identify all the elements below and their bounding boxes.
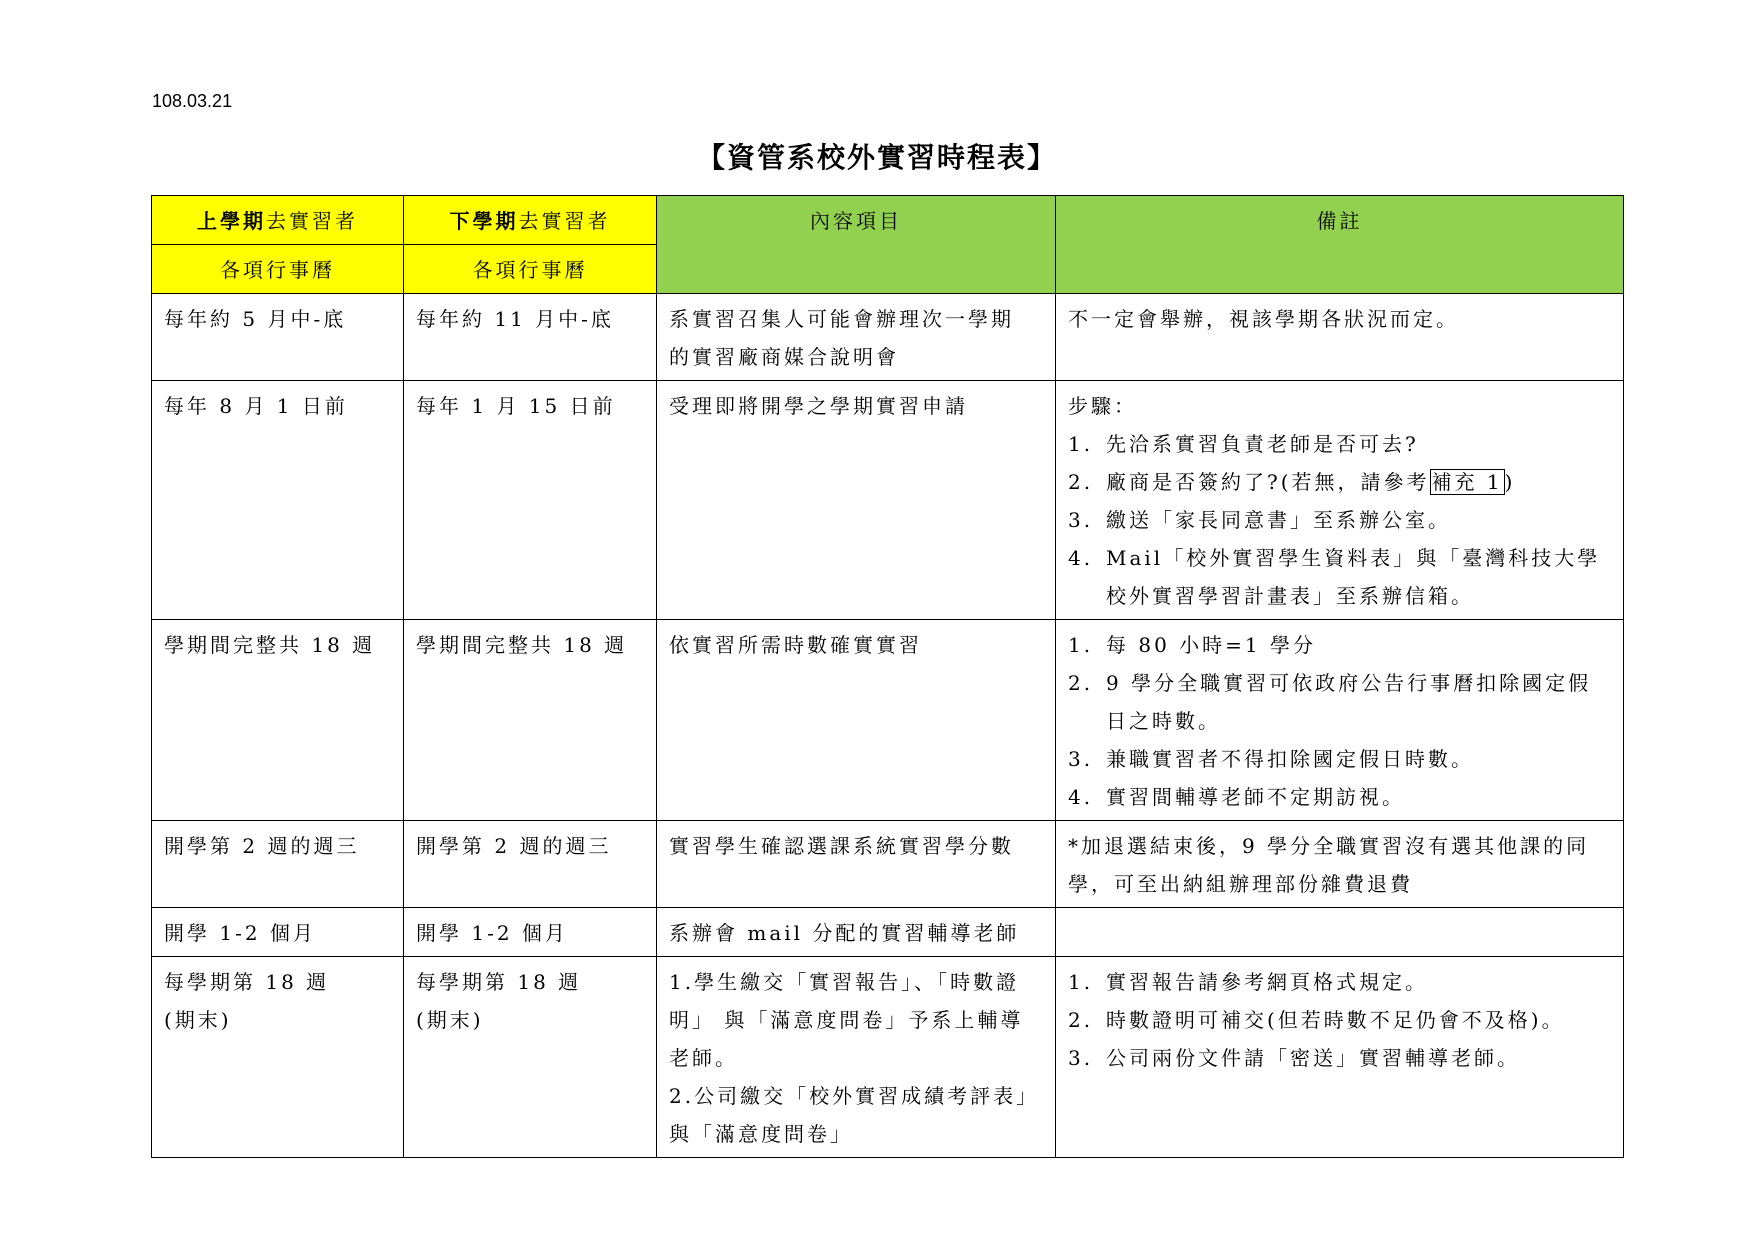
notes-item: 3.公司兩份文件請「密送」實習輔導老師。 xyxy=(1068,1039,1611,1077)
header-second-semester-sub: 各項行事曆 xyxy=(404,245,657,294)
item-text: Mail「校外實習學生資料表」與「臺灣科技大學校外實習學習計畫表」至系辦信箱。 xyxy=(1106,546,1600,608)
header-content-item: 內容項目 xyxy=(657,196,1056,294)
content-line: 的實習廠商媒合說明會 xyxy=(669,338,1043,376)
second-semester-subtext: (期末) xyxy=(416,1001,644,1039)
document-date: 108.03.21 xyxy=(152,91,232,112)
content-line: 2.公司繳交「校外實習成績考評表」與「滿意度問卷」 xyxy=(669,1077,1043,1153)
second-semester-cell: 學期間完整共 18 週 xyxy=(404,620,657,821)
notes-item: 1.先洽系實習負責老師是否可去? xyxy=(1068,425,1611,463)
item-text: 每 80 小時=1 學分 xyxy=(1106,633,1316,657)
item-number: 3. xyxy=(1068,740,1093,778)
item-text: 時數證明可補交(但若時數不足仍會不及格)。 xyxy=(1106,1008,1565,1032)
table-row: 學期間完整共 18 週 學期間完整共 18 週 依實習所需時數確實實習 1.每 … xyxy=(152,620,1624,821)
notes-item: 2.時數證明可補交(但若時數不足仍會不及格)。 xyxy=(1068,1001,1611,1039)
notes-item: 4.Mail「校外實習學生資料表」與「臺灣科技大學校外實習學習計畫表」至系辦信箱… xyxy=(1068,539,1611,615)
content-cell: 受理即將開學之學期實習申請 xyxy=(657,381,1056,620)
item-text: 實習間輔導老師不定期訪視。 xyxy=(1106,785,1405,809)
first-semester-cell: 學期間完整共 18 週 xyxy=(152,620,404,821)
notes-item: 2.廠商是否簽約了?(若無，請參考補充 1) xyxy=(1068,463,1611,501)
item-number: 1. xyxy=(1068,626,1093,664)
header-notes: 備註 xyxy=(1056,196,1624,294)
first-semester-cell: 開學 1-2 個月 xyxy=(152,908,404,957)
document-title: 【資管系校外實習時程表】 xyxy=(0,136,1754,176)
second-semester-cell: 每年約 11 月中-底 xyxy=(404,294,657,381)
content-line: 1.學生繳交「實習報告」、「時數證明」 與「滿意度問卷」予系上輔導老師。 xyxy=(669,963,1043,1077)
item-number: 2. xyxy=(1068,463,1093,501)
header-first-semester: 上學期去實習者 xyxy=(152,196,404,245)
second-semester-cell: 每年 1 月 15 日前 xyxy=(404,381,657,620)
notes-item: 3.兼職實習者不得扣除國定假日時數。 xyxy=(1068,740,1611,778)
item-text: 實習報告請參考網頁格式規定。 xyxy=(1106,970,1428,994)
second-semester-cell: 開學 1-2 個月 xyxy=(404,908,657,957)
second-semester-cell: 開學第 2 週的週三 xyxy=(404,821,657,908)
notes-item: 2.9 學分全職實習可依政府公告行事曆扣除國定假日之時數。 xyxy=(1068,664,1611,740)
header-first-semester-rest: 去實習者 xyxy=(266,209,358,233)
content-cell: 系實習召集人可能會辦理次一學期 的實習廠商媒合說明會 xyxy=(657,294,1056,381)
notes-cell xyxy=(1056,908,1624,957)
item-number: 3. xyxy=(1068,501,1093,539)
content-cell: 1.學生繳交「實習報告」、「時數證明」 與「滿意度問卷」予系上輔導老師。 2.公… xyxy=(657,957,1056,1158)
notes-item: 1.每 80 小時=1 學分 xyxy=(1068,626,1611,664)
notes-item: 1.實習報告請參考網頁格式規定。 xyxy=(1068,963,1611,1001)
header-second-semester-bold: 下學期 xyxy=(450,209,519,233)
second-semester-text: 每學期第 18 週 xyxy=(416,963,644,1001)
item-number: 2. xyxy=(1068,1001,1093,1039)
notes-cell: 步驟： 1.先洽系實習負責老師是否可去? 2.廠商是否簽約了?(若無，請參考補充… xyxy=(1056,381,1624,620)
internship-schedule-table: 上學期去實習者 下學期去實習者 內容項目 備註 各項行事曆 各項行事曆 每年約 … xyxy=(151,195,1624,1158)
item-number: 3. xyxy=(1068,1039,1093,1077)
first-semester-subtext: (期末) xyxy=(164,1001,391,1039)
item-text-close: ) xyxy=(1505,470,1516,494)
notes-list: 1.實習報告請參考網頁格式規定。 2.時數證明可補交(但若時數不足仍會不及格)。… xyxy=(1068,963,1611,1077)
header-first-semester-sub: 各項行事曆 xyxy=(152,245,404,294)
item-text: 先洽系實習負責老師是否可去? xyxy=(1106,432,1419,456)
item-number: 4. xyxy=(1068,778,1093,816)
notes-cell: *加退選結束後，9 學分全職實習沒有選其他課的同學，可至出納組辦理部份雜費退費 xyxy=(1056,821,1624,908)
item-number: 4. xyxy=(1068,539,1093,577)
item-number: 1. xyxy=(1068,425,1093,463)
notes-list: 1.每 80 小時=1 學分 2.9 學分全職實習可依政府公告行事曆扣除國定假日… xyxy=(1068,626,1611,816)
first-semester-cell: 開學第 2 週的週三 xyxy=(152,821,404,908)
item-text: 9 學分全職實習可依政府公告行事曆扣除國定假日之時數。 xyxy=(1106,671,1591,733)
header-row: 上學期去實習者 下學期去實習者 內容項目 備註 xyxy=(152,196,1624,245)
item-number: 1. xyxy=(1068,963,1093,1001)
first-semester-cell: 每年 8 月 1 日前 xyxy=(152,381,404,620)
notes-cell: 1.每 80 小時=1 學分 2.9 學分全職實習可依政府公告行事曆扣除國定假日… xyxy=(1056,620,1624,821)
header-second-semester-rest: 去實習者 xyxy=(519,209,611,233)
table-row: 每年約 5 月中-底 每年約 11 月中-底 系實習召集人可能會辦理次一學期 的… xyxy=(152,294,1624,381)
content-line: 系實習召集人可能會辦理次一學期 xyxy=(669,300,1043,338)
table-row: 每年 8 月 1 日前 每年 1 月 15 日前 受理即將開學之學期實習申請 步… xyxy=(152,381,1624,620)
item-text: 廠商是否簽約了?(若無，請參考 xyxy=(1106,470,1430,494)
notes-cell: 不一定會舉辦，視該學期各狀況而定。 xyxy=(1056,294,1624,381)
header-first-semester-bold: 上學期 xyxy=(197,209,266,233)
item-text: 公司兩份文件請「密送」實習輔導老師。 xyxy=(1106,1046,1520,1070)
supplement-reference-box: 補充 1 xyxy=(1430,469,1505,495)
notes-item: 3.繳送「家長同意書」至系辦公室。 xyxy=(1068,501,1611,539)
item-text: 兼職實習者不得扣除國定假日時數。 xyxy=(1106,747,1474,771)
first-semester-cell: 每年約 5 月中-底 xyxy=(152,294,404,381)
table-row: 開學 1-2 個月 開學 1-2 個月 系辦會 mail 分配的實習輔導老師 xyxy=(152,908,1624,957)
table-row: 開學第 2 週的週三 開學第 2 週的週三 實習學生確認選課系統實習學分數 *加… xyxy=(152,821,1624,908)
notes-cell: 1.實習報告請參考網頁格式規定。 2.時數證明可補交(但若時數不足仍會不及格)。… xyxy=(1056,957,1624,1158)
header-second-semester: 下學期去實習者 xyxy=(404,196,657,245)
second-semester-cell: 每學期第 18 週 (期末) xyxy=(404,957,657,1158)
first-semester-text: 每學期第 18 週 xyxy=(164,963,391,1001)
notes-item: 4.實習間輔導老師不定期訪視。 xyxy=(1068,778,1611,816)
content-cell: 系辦會 mail 分配的實習輔導老師 xyxy=(657,908,1056,957)
content-cell: 依實習所需時數確實實習 xyxy=(657,620,1056,821)
notes-heading: 步驟： xyxy=(1068,387,1611,425)
content-cell: 實習學生確認選課系統實習學分數 xyxy=(657,821,1056,908)
item-number: 2. xyxy=(1068,664,1093,702)
notes-list: 1.先洽系實習負責老師是否可去? 2.廠商是否簽約了?(若無，請參考補充 1) … xyxy=(1068,425,1611,615)
item-text: 繳送「家長同意書」至系辦公室。 xyxy=(1106,508,1451,532)
first-semester-cell: 每學期第 18 週 (期末) xyxy=(152,957,404,1158)
table-row: 每學期第 18 週 (期末) 每學期第 18 週 (期末) 1.學生繳交「實習報… xyxy=(152,957,1624,1158)
